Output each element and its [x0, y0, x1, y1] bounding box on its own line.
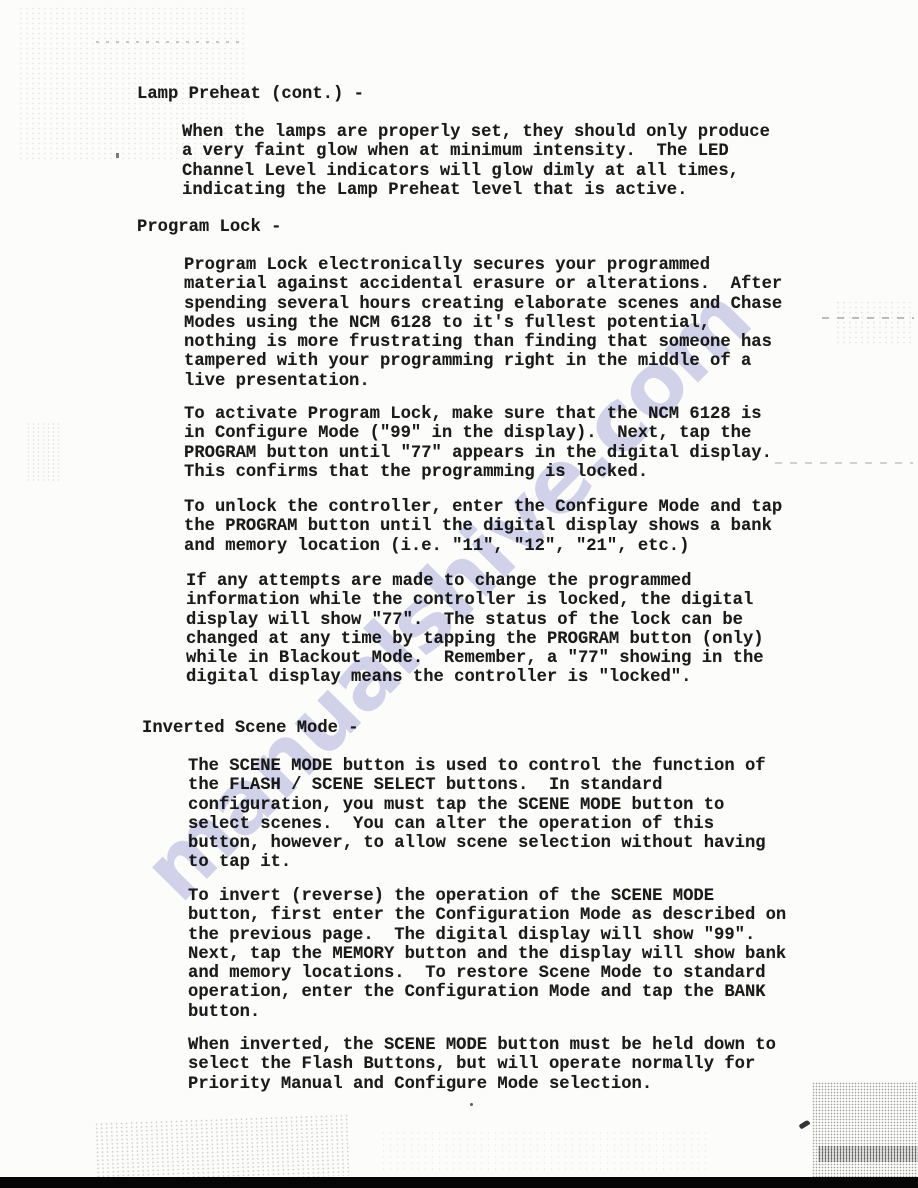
paragraph: When inverted, the SCENE MODE button mus… — [188, 1036, 776, 1094]
scan-speck — [116, 153, 119, 158]
scan-noise-bottom-right — [812, 1082, 918, 1180]
paragraph: Program Lock electronically secures your… — [184, 256, 782, 391]
scan-speck — [470, 1103, 473, 1106]
paragraph: When the lamps are properly set, they sh… — [182, 123, 770, 200]
section-heading-inverted-scene-mode: Inverted Scene Mode - — [142, 719, 359, 738]
scan-smudge-dash — [96, 41, 246, 43]
scan-edge-bar — [0, 1177, 918, 1188]
paragraph: If any attempts are made to change the p… — [186, 572, 764, 688]
scan-pen-mark — [799, 1119, 811, 1129]
scan-noise-streak — [818, 1146, 918, 1162]
paragraph: The SCENE MODE button is used to control… — [188, 757, 766, 873]
scan-noise-bottom-mid — [380, 1130, 710, 1170]
scan-noise-left-smudge — [26, 422, 60, 482]
scanned-manual-page: Lamp Preheat (cont.) - When the lamps ar… — [0, 0, 918, 1188]
paragraph: To unlock the controller, enter the Conf… — [184, 498, 782, 556]
scan-noise-right-mid — [835, 300, 915, 345]
scan-smudge-dash — [822, 317, 914, 319]
paragraph: To invert (reverse) the operation of the… — [188, 887, 786, 1022]
scan-smudge-dash — [775, 462, 913, 464]
section-heading-lamp-preheat: Lamp Preheat (cont.) - — [137, 85, 364, 104]
paragraph: To activate Program Lock, make sure that… — [184, 405, 772, 482]
section-heading-program-lock: Program Lock - — [137, 218, 281, 237]
scan-noise-bottom-left — [94, 1114, 351, 1185]
